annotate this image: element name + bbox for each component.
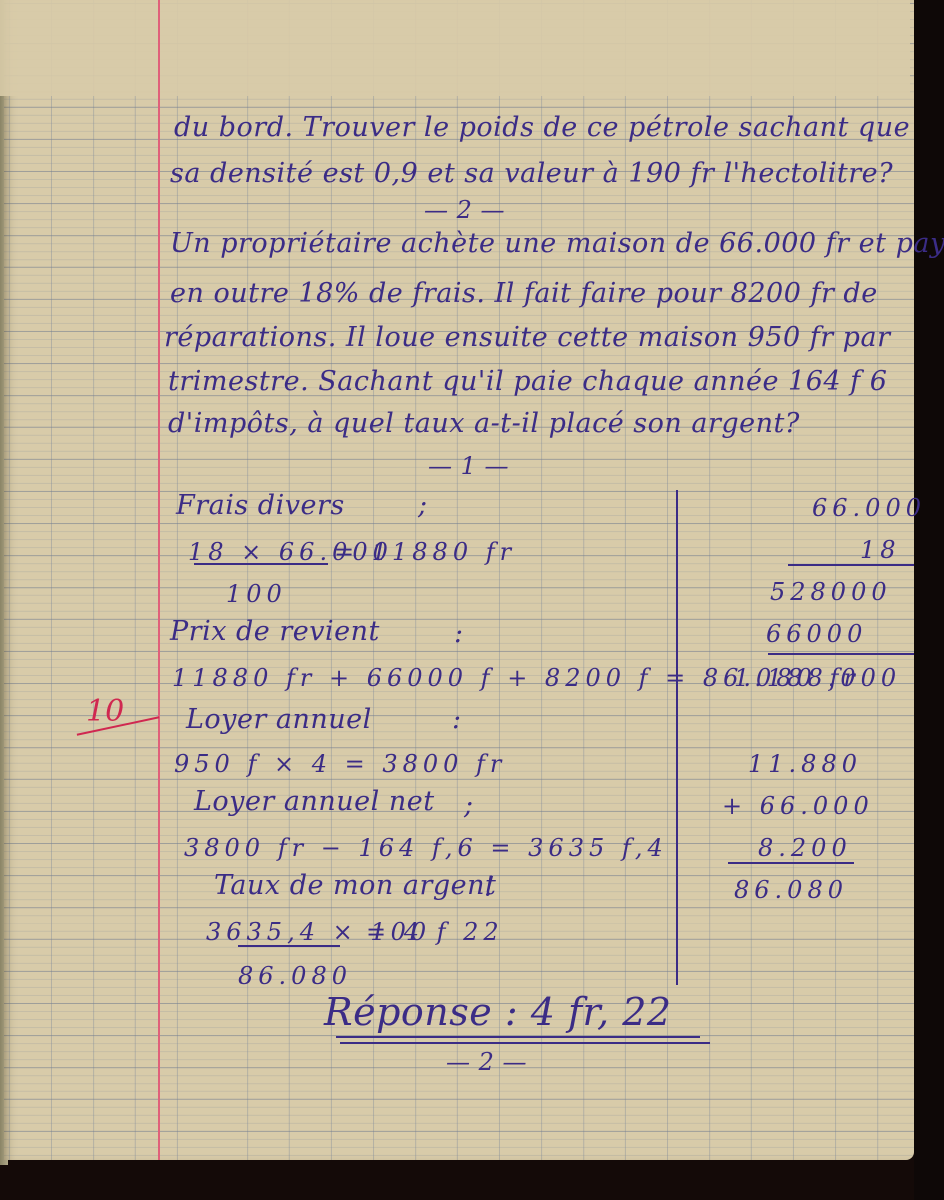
fraction-denominator: 100: [226, 580, 287, 608]
step-heading-loyer-annuel-net: Loyer annuel net: [194, 786, 435, 817]
net-rent-calculation: 3800 fr − 164 f,6 = 3635 f,4: [184, 834, 668, 862]
page-top-blank: [0, 0, 910, 96]
section-separator-end: — 2 —: [446, 1048, 527, 1076]
step-heading-prix-de-revient: Prix de revient: [170, 616, 380, 647]
previous-problem-line-2: sa densité est 0,9 et sa valeur à 190 fr…: [170, 158, 893, 189]
mult-partial-1: 528000: [770, 578, 892, 606]
problem-line-1: Un propriétaire achète une maison de 66.…: [170, 228, 944, 259]
add-term-2: + 66.000: [722, 792, 874, 820]
step-heading-frais-divers: Frais divers: [176, 490, 345, 521]
step-colon: ;: [464, 790, 474, 821]
fraction-result: = 11880 fr: [334, 538, 516, 566]
step-colon: :: [452, 704, 462, 735]
rate-result: = 4 f 22: [366, 918, 504, 946]
problem-line-2: en outre 18% de frais. Il fait faire pou…: [170, 278, 878, 309]
step-colon: ;: [418, 490, 428, 521]
fraction-bar: [194, 563, 328, 565]
mult-operand-1: 66.000: [812, 494, 926, 522]
problem-line-5: d'impôts, à quel taux a-t-il placé son a…: [168, 408, 800, 439]
rate-denominator: 86.080: [238, 962, 352, 990]
scan-background: [914, 0, 944, 1200]
mult-rule-1: [788, 564, 914, 566]
answer-underline-1: [336, 1036, 700, 1038]
step-heading-taux: Taux de mon argent: [214, 870, 496, 901]
add-term-1: 11.880: [748, 750, 862, 778]
red-margin-line: [158, 0, 160, 1160]
answer-underline-2: [340, 1042, 710, 1044]
mult-rule-2: [768, 653, 914, 655]
add-rule: [728, 862, 854, 864]
section-separator-2: — 2 —: [424, 196, 505, 224]
problem-line-4: trimestre. Sachant qu'il paie chaque ann…: [168, 366, 887, 397]
column-divider: [676, 490, 678, 985]
step-heading-loyer-annuel: Loyer annuel: [186, 704, 372, 735]
problem-line-3: réparations. Il loue ensuite cette maiso…: [164, 322, 890, 353]
step-colon: :: [454, 618, 464, 649]
add-result: 86.080: [734, 876, 848, 904]
rate-fraction-bar: [238, 945, 340, 947]
mult-result: 1.188.000: [734, 664, 901, 692]
mult-partial-2: 66000: [766, 620, 867, 648]
section-separator-1: — 1 —: [428, 452, 509, 480]
step-exclamation: !: [484, 872, 495, 903]
add-term-3: 8.200: [758, 834, 852, 862]
mult-operand-2: 18: [860, 536, 901, 564]
previous-problem-line-1: du bord. Trouver le poids de ce pétrole …: [174, 112, 910, 143]
annual-rent-calculation: 950 f × 4 = 3800 fr: [174, 750, 506, 778]
final-answer: Réponse : 4 fr, 22: [324, 990, 672, 1034]
